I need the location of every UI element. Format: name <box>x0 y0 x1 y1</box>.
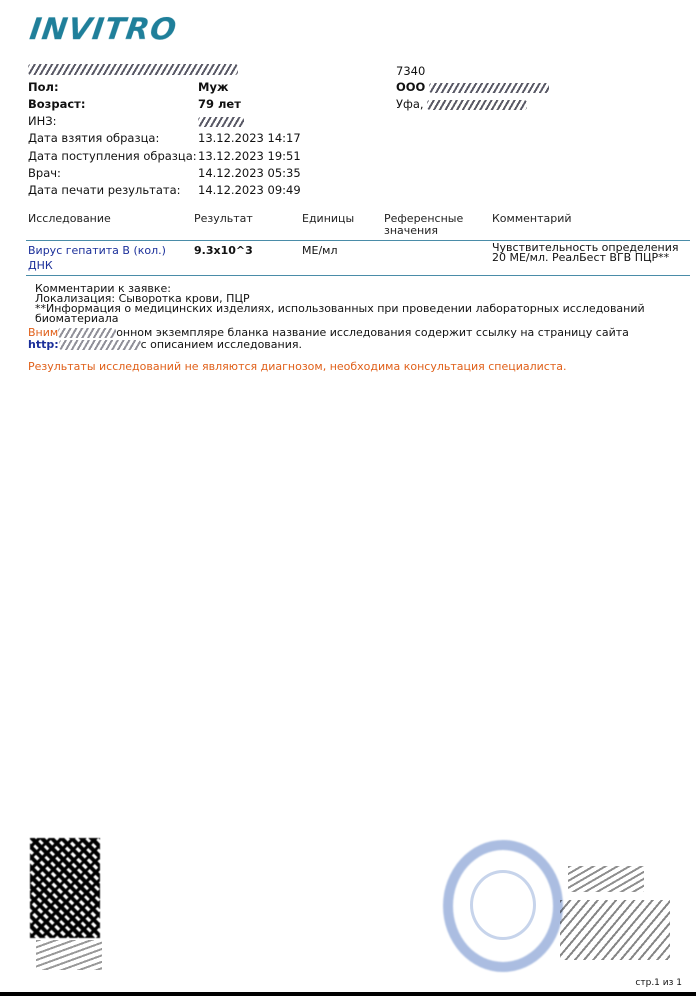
page-number: стр.1 из 1 <box>635 978 682 988</box>
site-link-redacted <box>59 340 141 350</box>
print-date-value: 14.12.2023 09:49 <box>198 183 301 197</box>
clinic-city: Уфа, <box>396 97 424 111</box>
clinic-address-redacted <box>427 100 527 110</box>
sample-taken-label: Дата взятия образца: <box>28 131 159 145</box>
col-header-result: Результат <box>194 213 253 225</box>
order-comments: Комментарии к заявке: Локализация: Сывор… <box>35 284 696 324</box>
table-row-rule <box>26 275 690 276</box>
test-comment: Чувствительность определения 20 МЕ/мл. Р… <box>492 243 690 263</box>
invitro-logo: INVITRO <box>28 12 180 47</box>
sex-value: Муж <box>198 80 228 94</box>
electronic-copy-notice: Внимонном экземпляре бланка название исс… <box>28 327 629 351</box>
test-result: 9.3x10^3 <box>194 243 253 258</box>
clinic-org-prefix: ООО <box>396 80 425 94</box>
col-header-units: Единицы <box>302 213 354 225</box>
qr-code-redacted <box>30 838 100 938</box>
col-header-reference: Референсные значения <box>384 213 474 237</box>
test-name: Вирус гепатита B (кол.) ДНК <box>28 243 178 273</box>
sex-label: Пол: <box>28 80 59 94</box>
patient-name-redacted <box>28 64 238 75</box>
sample-received-value: 13.12.2023 19:51 <box>198 149 301 163</box>
stamp-inner-ring <box>470 870 536 940</box>
comments-line-devices: **Информация о медицинских изделиях, исп… <box>35 304 696 324</box>
site-link-prefix[interactable]: http: <box>28 338 59 351</box>
doctor-label: Врач: <box>28 166 61 180</box>
signature-redacted-1 <box>568 866 644 892</box>
test-units: МЕ/мл <box>302 243 337 258</box>
disclaimer: Результаты исследований не являются диаг… <box>28 360 567 373</box>
clinic-code-text: 7340 <box>396 64 425 78</box>
sample-received-label: Дата поступления образца: <box>28 149 197 163</box>
col-header-test: Исследование <box>28 213 111 225</box>
clinic-address: Уфа, <box>396 97 527 111</box>
sample-taken-value: 13.12.2023 14:17 <box>198 131 301 145</box>
print-date-label: Дата печати результата: <box>28 183 181 197</box>
bottom-edge <box>0 992 696 996</box>
site-link-suffix: с описанием исследования. <box>141 338 302 351</box>
qr-caption-redacted <box>36 940 102 970</box>
clinic-org: ООО <box>396 80 549 94</box>
inz-label: ИНЗ: <box>28 114 57 128</box>
notice-redacted <box>58 328 116 338</box>
col-header-comment: Комментарий <box>492 213 572 225</box>
clinic-code: 7340 <box>396 64 425 78</box>
signature-redacted-2 <box>560 900 670 960</box>
age-value: 79 лет <box>198 97 241 111</box>
doctor-value: 14.12.2023 05:35 <box>198 166 301 180</box>
clinic-org-redacted <box>429 83 549 93</box>
inz-value-redacted <box>198 117 244 127</box>
age-label: Возраст: <box>28 97 85 111</box>
